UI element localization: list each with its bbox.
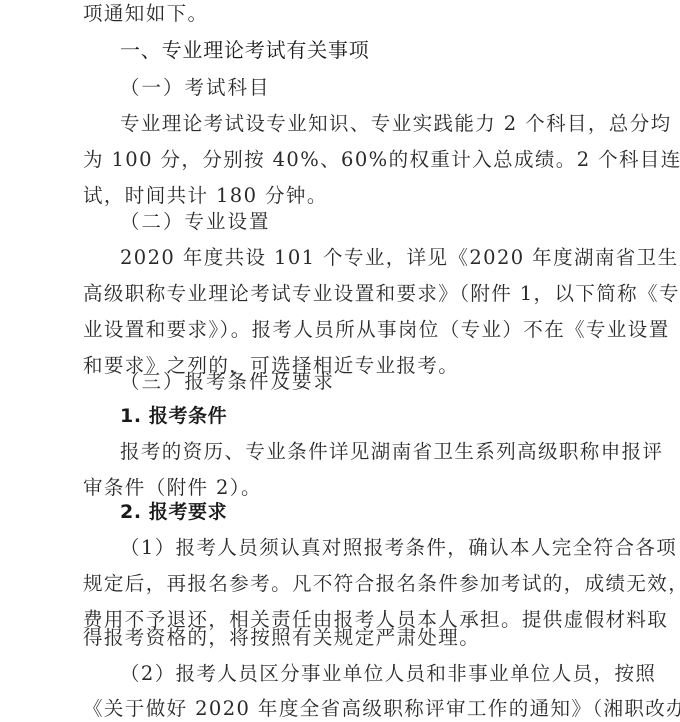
body-text-line: 高级职称专业理论考试专业设置和要求》（附件 1，以下简称《专 [83,282,680,306]
body-text-line: 得报考资格的，将按照有关规定严肃处理。 [83,626,480,650]
body-text-line: 为 100 分，分别按 40%、60%的权重计入总成绩。2 个科目连续考 [83,148,680,172]
body-text-line: 报考的资历、专业条件详见湖南省卫生系列高级职称申报评 [120,440,663,464]
document-page: 项通知如下。 一、专业理论考试有关事项 （一）考试科目 专业理论考试设专业知识、… [0,0,680,722]
section-heading-1: 一、专业理论考试有关事项 [120,38,370,62]
subsection-heading-exam-subjects: （一）考试科目 [120,76,271,100]
body-text-line: 专业理论考试设专业知识、专业实践能力 2 个科目，总分均 [120,112,672,136]
body-text-line: 审条件（附件 2）。 [83,476,262,500]
body-text-line: 业设置和要求》）。报考人员所从事岗位（专业）不在《专业设置 [83,318,670,342]
item-heading-requirements: 2. 报考要求 [120,500,227,524]
body-text-line: 试，时间共计 180 分钟。 [83,184,328,208]
body-text-line: 2020 年度共设 101 个专业，详见《2020 年度湖南省卫生系列 [120,246,680,270]
item-heading-conditions: 1. 报考条件 [120,404,227,428]
body-text-line: 项通知如下。 [83,2,208,26]
body-text-line: 《关于做好 2020 年度全省高级职称评审工作的通知》（湘职改办 [83,697,680,721]
subsection-heading-specialties: （二）专业设置 [120,210,271,234]
subsection-heading-conditions: （三）报考条件及要求 [120,370,335,394]
body-text-line: 规定后，再报名参考。凡不符合报名条件参加考试的，成绩无效， [83,572,680,596]
body-text-line: （1）报考人员须认真对照报考条件，确认本人完全符合各项 [120,536,677,560]
body-text-line: （2）报考人员区分事业单位人员和非事业单位人员，按照 [120,662,656,686]
